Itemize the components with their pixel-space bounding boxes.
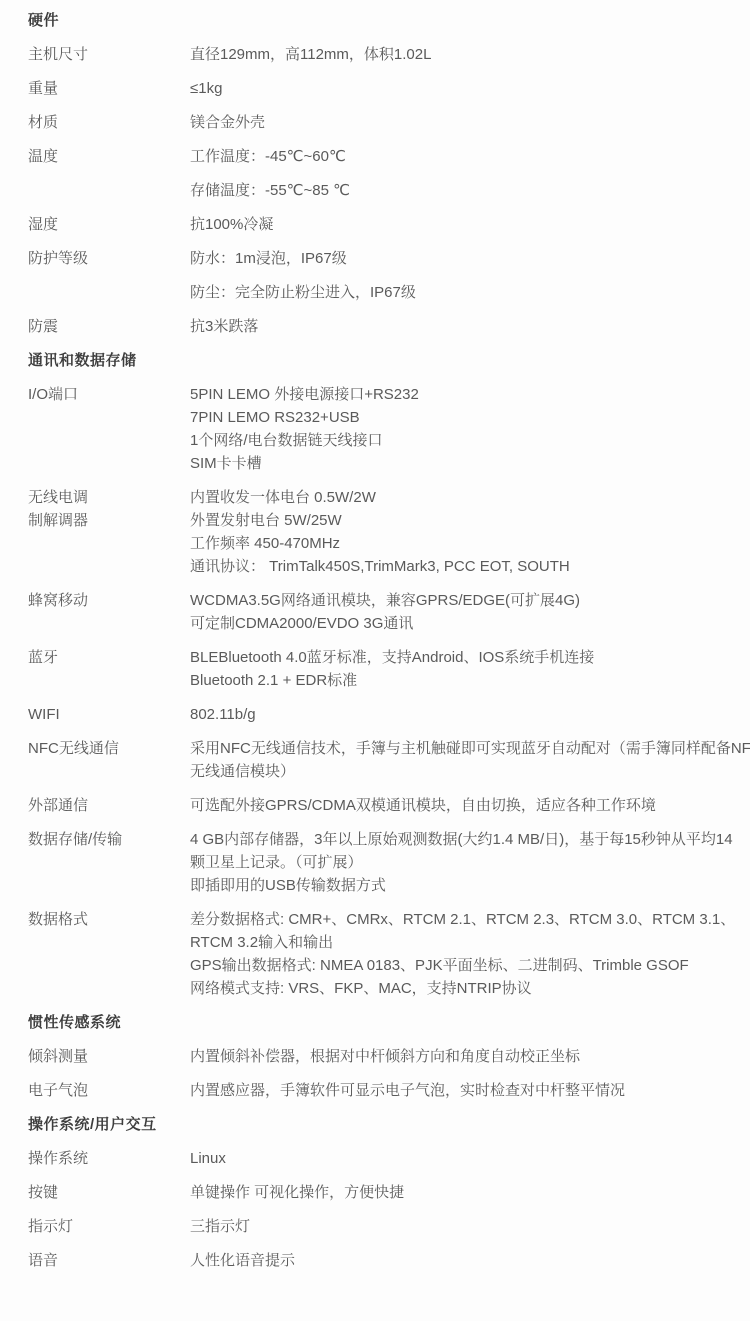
spec-document: 硬件主机尺寸直径129mm，高112mm，体积1.02L重量≤1kg材质镁合金外… [0, 0, 750, 1272]
spec-label: 蜂窝移动 [28, 589, 190, 612]
spec-value-line: BLEBluetooth 4.0蓝牙标准，支持Android、IOS系统手机连接 [190, 646, 732, 669]
spec-label-line: 湿度 [28, 213, 190, 236]
spec-label-line: 制解调器 [28, 509, 190, 532]
spec-label-line: 数据格式 [28, 908, 190, 931]
spec-row: NFC无线通信采用NFC无线通信技术，手簿与主机触碰即可实现蓝牙自动配对（需手簿… [28, 737, 732, 783]
spec-row: 倾斜测量内置倾斜补偿器，根据对中杆倾斜方向和角度自动校正坐标 [28, 1045, 732, 1068]
spec-value: WCDMA3.5G网络通讯模块，兼容GPRS/EDGE(可扩展4G)可定制CDM… [190, 589, 732, 635]
spec-label-line: 重量 [28, 77, 190, 100]
spec-row: 数据存储/传输4 GB内部存储器，3年以上原始观测数据(大约1.4 MB/日)，… [28, 828, 732, 897]
spec-row: 电子气泡内置感应器，手簿软件可显示电子气泡，实时检查对中杆整平情况 [28, 1079, 732, 1102]
section-title: 硬件 [28, 9, 732, 32]
spec-value-line: 采用NFC无线通信技术，手簿与主机触碰即可实现蓝牙自动配对（需手簿同样配备NFC [190, 737, 732, 760]
spec-value-line: 802.11b/g [190, 703, 732, 726]
spec-label-line: 防震 [28, 315, 190, 338]
spec-value-line: 防尘：完全防止粉尘进入，IP67级 [190, 281, 732, 304]
spec-row: 按键单键操作 可视化操作，方便快捷 [28, 1181, 732, 1204]
spec-value: 802.11b/g [190, 703, 732, 726]
spec-value: 5PIN LEMO 外接电源接口+RS2327PIN LEMO RS232+US… [190, 383, 732, 475]
spec-value-line: SIM卡卡槽 [190, 452, 732, 475]
spec-label: 无线电调制解调器 [28, 486, 190, 532]
section-title: 操作系统/用户交互 [28, 1113, 732, 1136]
spec-value-line: WCDMA3.5G网络通讯模块，兼容GPRS/EDGE(可扩展4G) [190, 589, 732, 612]
spec-value: 抗100%冷凝 [190, 213, 732, 236]
spec-row: 蓝牙BLEBluetooth 4.0蓝牙标准，支持Android、IOS系统手机… [28, 646, 732, 692]
spec-value-line: 存储温度：-55℃~85 ℃ [190, 179, 732, 202]
spec-label: NFC无线通信 [28, 737, 190, 760]
spec-row: 蜂窝移动WCDMA3.5G网络通讯模块，兼容GPRS/EDGE(可扩展4G)可定… [28, 589, 732, 635]
spec-label-line: 数据存储/传输 [28, 828, 190, 851]
spec-row: 防护等级防水：1m浸泡，IP67级防尘：完全防止粉尘进入，IP67级 [28, 247, 732, 304]
spec-value-line: 直径129mm，高112mm，体积1.02L [190, 43, 732, 66]
spec-label-line: 主机尺寸 [28, 43, 190, 66]
spec-value-line: 差分数据格式: CMR+、CMRx、RTCM 2.1、RTCM 2.3、RTCM… [190, 908, 732, 931]
spec-value-line: 外置发射电台 5W/25W [190, 509, 732, 532]
spec-label-line: 材质 [28, 111, 190, 134]
spec-label: 重量 [28, 77, 190, 100]
spec-label-line: 无线电调 [28, 486, 190, 509]
spec-label-line: 操作系统 [28, 1147, 190, 1170]
spec-label-line: 防护等级 [28, 247, 190, 270]
spec-label: 防震 [28, 315, 190, 338]
spec-label-line: 温度 [28, 145, 190, 168]
spec-label: 防护等级 [28, 247, 190, 270]
spec-value-line: 三指示灯 [190, 1215, 732, 1238]
spec-value: 人性化语音提示 [190, 1249, 732, 1272]
spec-row: 重量≤1kg [28, 77, 732, 100]
spec-value-line: 1个网络/电台数据链天线接口 [190, 429, 732, 452]
spec-row: 数据格式差分数据格式: CMR+、CMRx、RTCM 2.1、RTCM 2.3、… [28, 908, 732, 1000]
spec-value: 镁合金外壳 [190, 111, 732, 134]
spec-value: 工作温度：-45℃~60℃存储温度：-55℃~85 ℃ [190, 145, 732, 202]
spec-value-line: 镁合金外壳 [190, 111, 732, 134]
spec-value-line: Linux [190, 1147, 732, 1170]
spec-label: 操作系统 [28, 1147, 190, 1170]
spec-label-line: 按键 [28, 1181, 190, 1204]
spec-label-line: 倾斜测量 [28, 1045, 190, 1068]
spec-value: 抗3米跌落 [190, 315, 732, 338]
spec-value-line: 内置倾斜补偿器，根据对中杆倾斜方向和角度自动校正坐标 [190, 1045, 732, 1068]
spec-value: 4 GB内部存储器，3年以上原始观测数据(大约1.4 MB/日)，基于每15秒钟… [190, 828, 732, 897]
spec-label: 语音 [28, 1249, 190, 1272]
spec-label: 数据格式 [28, 908, 190, 931]
spec-value-line: 5PIN LEMO 外接电源接口+RS232 [190, 383, 732, 406]
spec-label-line: NFC无线通信 [28, 737, 190, 760]
spec-value-line: 4 GB内部存储器，3年以上原始观测数据(大约1.4 MB/日)，基于每15秒钟… [190, 828, 732, 851]
spec-row: 材质镁合金外壳 [28, 111, 732, 134]
spec-label: 蓝牙 [28, 646, 190, 669]
spec-row: 外部通信可选配外接GPRS/CDMA双模通讯模块，自由切换，适应各种工作环境 [28, 794, 732, 817]
spec-value-line: 人性化语音提示 [190, 1249, 732, 1272]
spec-row: 无线电调制解调器内置收发一体电台 0.5W/2W外置发射电台 5W/25W工作频… [28, 486, 732, 578]
spec-value-line: 防水：1m浸泡，IP67级 [190, 247, 732, 270]
spec-value-line: 单键操作 可视化操作，方便快捷 [190, 1181, 732, 1204]
spec-value-line: 工作温度：-45℃~60℃ [190, 145, 732, 168]
spec-value: 可选配外接GPRS/CDMA双模通讯模块，自由切换，适应各种工作环境 [190, 794, 732, 817]
spec-value: 单键操作 可视化操作，方便快捷 [190, 1181, 732, 1204]
spec-row: 湿度抗100%冷凝 [28, 213, 732, 236]
spec-value: Linux [190, 1147, 732, 1170]
spec-value-line: 抗100%冷凝 [190, 213, 732, 236]
spec-label-line: 指示灯 [28, 1215, 190, 1238]
spec-label: 主机尺寸 [28, 43, 190, 66]
section-title: 惯性传感系统 [28, 1011, 732, 1034]
spec-label: WIFI [28, 703, 190, 726]
spec-label: I/O端口 [28, 383, 190, 406]
section-title: 通讯和数据存储 [28, 349, 732, 372]
spec-value: 内置感应器，手簿软件可显示电子气泡，实时检查对中杆整平情况 [190, 1079, 732, 1102]
spec-value: 内置收发一体电台 0.5W/2W外置发射电台 5W/25W工作频率 450-47… [190, 486, 732, 578]
spec-label-line: 外部通信 [28, 794, 190, 817]
spec-label-line: 蜂窝移动 [28, 589, 190, 612]
spec-value-line: 无线通信模块） [190, 760, 732, 783]
spec-value: 内置倾斜补偿器，根据对中杆倾斜方向和角度自动校正坐标 [190, 1045, 732, 1068]
spec-row: 主机尺寸直径129mm，高112mm，体积1.02L [28, 43, 732, 66]
spec-value-line: GPS输出数据格式: NMEA 0183、PJK平面坐标、二进制码、Trimbl… [190, 954, 732, 977]
spec-value-line: 内置收发一体电台 0.5W/2W [190, 486, 732, 509]
spec-label-line: WIFI [28, 703, 190, 726]
spec-value-line: 网络模式支持: VRS、FKP、MAC，支持NTRIP协议 [190, 977, 732, 1000]
spec-row: 指示灯三指示灯 [28, 1215, 732, 1238]
spec-row: 防震抗3米跌落 [28, 315, 732, 338]
spec-label: 外部通信 [28, 794, 190, 817]
spec-label: 指示灯 [28, 1215, 190, 1238]
spec-label: 温度 [28, 145, 190, 168]
spec-value-line: 即插即用的USB传输数据方式 [190, 874, 732, 897]
spec-value: 差分数据格式: CMR+、CMRx、RTCM 2.1、RTCM 2.3、RTCM… [190, 908, 732, 1000]
spec-value-line: RTCM 3.2输入和输出 [190, 931, 732, 954]
spec-value-line: Bluetooth 2.1 + EDR标准 [190, 669, 732, 692]
spec-value-line: 抗3米跌落 [190, 315, 732, 338]
spec-row: I/O端口5PIN LEMO 外接电源接口+RS2327PIN LEMO RS2… [28, 383, 732, 475]
spec-label: 数据存储/传输 [28, 828, 190, 851]
spec-value: 采用NFC无线通信技术，手簿与主机触碰即可实现蓝牙自动配对（需手簿同样配备NFC… [190, 737, 732, 783]
spec-value: 防水：1m浸泡，IP67级防尘：完全防止粉尘进入，IP67级 [190, 247, 732, 304]
spec-value: BLEBluetooth 4.0蓝牙标准，支持Android、IOS系统手机连接… [190, 646, 732, 692]
spec-label: 湿度 [28, 213, 190, 236]
spec-label-line: 语音 [28, 1249, 190, 1272]
spec-value: 直径129mm，高112mm，体积1.02L [190, 43, 732, 66]
spec-label: 电子气泡 [28, 1079, 190, 1102]
spec-value-line: 7PIN LEMO RS232+USB [190, 406, 732, 429]
spec-value-line: 颗卫星上记录。（可扩展） [190, 851, 732, 874]
spec-row: 语音人性化语音提示 [28, 1249, 732, 1272]
spec-label: 倾斜测量 [28, 1045, 190, 1068]
spec-value-line: 工作频率 450-470MHz [190, 532, 732, 555]
spec-row: 操作系统Linux [28, 1147, 732, 1170]
spec-label-line: 蓝牙 [28, 646, 190, 669]
spec-label: 按键 [28, 1181, 190, 1204]
spec-label: 材质 [28, 111, 190, 134]
spec-label-line: I/O端口 [28, 383, 190, 406]
spec-value-line: 可定制CDMA2000/EVDO 3G通讯 [190, 612, 732, 635]
spec-row: 温度工作温度：-45℃~60℃存储温度：-55℃~85 ℃ [28, 145, 732, 202]
spec-value-line: 通讯协议： TrimTalk450S,TrimMark3, PCC EOT, S… [190, 555, 732, 578]
spec-label-line: 电子气泡 [28, 1079, 190, 1102]
spec-value-line: 内置感应器，手簿软件可显示电子气泡，实时检查对中杆整平情况 [190, 1079, 732, 1102]
spec-value-line: 可选配外接GPRS/CDMA双模通讯模块，自由切换，适应各种工作环境 [190, 794, 732, 817]
spec-value: ≤1kg [190, 77, 732, 100]
spec-value-line: ≤1kg [190, 77, 732, 100]
spec-row: WIFI802.11b/g [28, 703, 732, 726]
spec-value: 三指示灯 [190, 1215, 732, 1238]
